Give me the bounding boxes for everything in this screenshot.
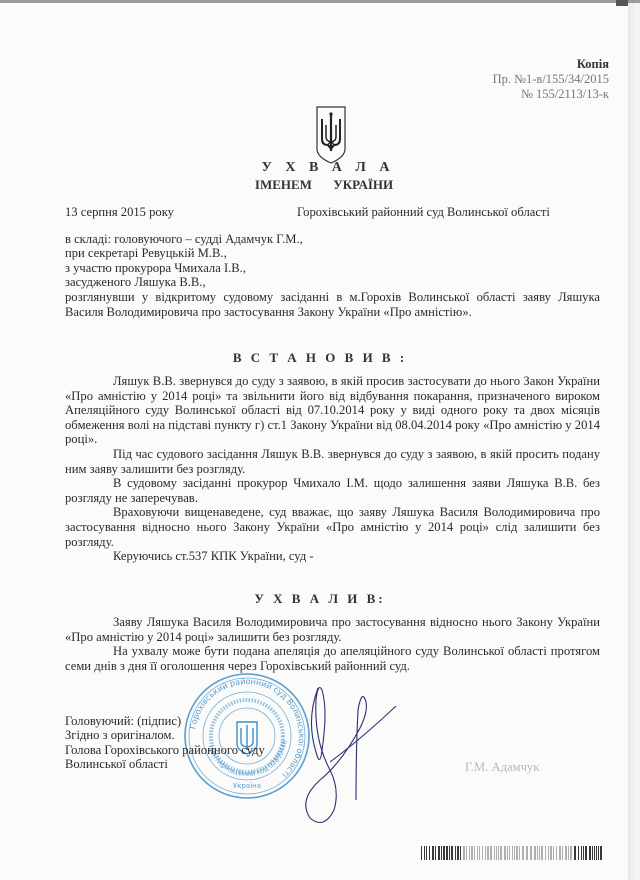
document-page: Копія Пр. №1-в/155/34/2015 № 155/2113/13… xyxy=(0,0,628,880)
ruled-paragraph: Заяву Ляшука Василя Володимировича про з… xyxy=(65,615,600,644)
certified-copy-label: Згідно з оригіналом. xyxy=(65,728,175,742)
composition-line: в складі: головуючого – судді Адамчук Г.… xyxy=(65,232,303,246)
court-name: Горохівський районний суд Волинської обл… xyxy=(297,205,550,219)
copy-label: Копія xyxy=(577,57,609,72)
document-barcode xyxy=(421,846,603,860)
signer-name: Г.М. Адамчук xyxy=(465,760,539,774)
court-seal-stamp: Горохівський районний суд Волинської обл… xyxy=(183,672,311,800)
established-paragraph: В судовому засіданні прокурор Чмихало І.… xyxy=(65,476,600,505)
established-paragraph: Керуючись ст.537 КПК України, суд - xyxy=(65,549,600,564)
established-paragraph: Ляшук В.В. звернувся до суду з заявою, в… xyxy=(65,374,600,447)
established-paragraph: Під час судового засідання Ляшук В.В. зв… xyxy=(65,447,600,476)
document-title: У Х В А Л А xyxy=(0,160,640,176)
composition-line: засудженого Ляшука В.В., xyxy=(65,275,206,289)
considered-paragraph: розглянувши у відкритому судовому засіда… xyxy=(65,290,600,319)
svg-text:Україна: Україна xyxy=(233,782,261,790)
case-number-1: Пр. №1-в/155/34/2015 xyxy=(493,72,609,87)
case-number-2: № 155/2113/13-к xyxy=(521,87,609,102)
decision-date: 13 серпня 2015 року xyxy=(65,205,174,219)
court-head-title: Голова Горохівського районного суду xyxy=(65,743,265,757)
scan-edge xyxy=(0,0,640,3)
composition-line: при секретарі Ревуцькій М.В., xyxy=(65,246,227,260)
section-heading-ruled: У Х В А Л И В: xyxy=(0,591,640,607)
handwritten-signature xyxy=(300,680,410,830)
established-text: Ляшук В.В. звернувся до суду з заявою, в… xyxy=(65,374,600,564)
established-paragraph: Враховуючи вищенаведене, суд вважає, що … xyxy=(65,505,600,549)
document-subtitle: ІМЕНЕМ УКРАЇНИ xyxy=(0,177,640,193)
ukraine-trident-coat-of-arms-icon xyxy=(315,105,347,165)
composition-line: з участю прокурора Чмихала І.В., xyxy=(65,261,246,275)
court-head-region: Волинської області xyxy=(65,757,168,771)
presiding-signature-label: Головуючий: (підпис) xyxy=(65,714,181,728)
scan-corner xyxy=(616,0,628,6)
ruled-paragraph: На ухвалу може бути подана апеляція до а… xyxy=(65,644,600,673)
ruled-text: Заяву Ляшука Василя Володимировича про з… xyxy=(65,615,600,673)
section-heading-established: В С Т А Н О В И В : xyxy=(0,350,640,366)
